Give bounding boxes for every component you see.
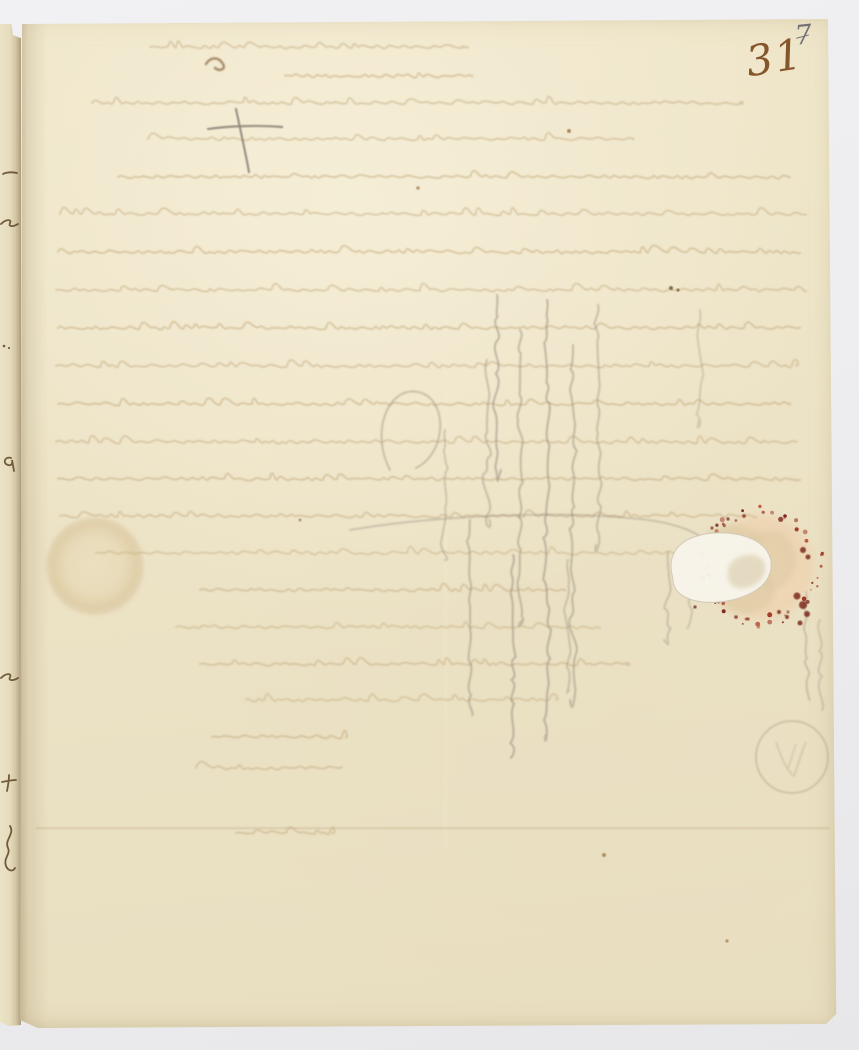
conjugate-leaf-strip xyxy=(0,22,21,1026)
letter-scan-background: 31 7 xyxy=(0,0,859,1050)
binding-gutter-shadow xyxy=(18,17,48,1029)
folio-number-pencil: 7 xyxy=(793,19,813,52)
manuscript-page xyxy=(18,17,837,1029)
